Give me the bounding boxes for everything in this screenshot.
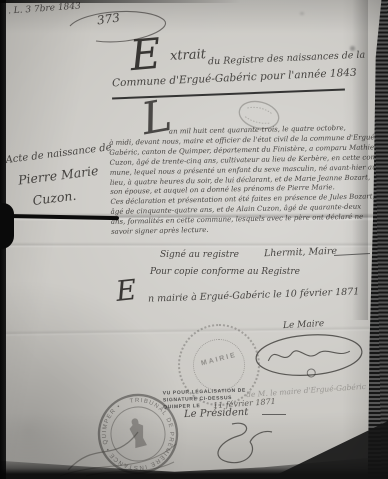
- mayor-signature: [250, 326, 369, 384]
- heading-initial: E: [128, 29, 163, 80]
- act-number-flourish: [62, 10, 182, 50]
- official-title-dash: [262, 414, 286, 415]
- photograph: . L. 3 7bre 1843 373 E xtrait du Registr…: [0, 0, 388, 479]
- body-paragraph: 'an mil huit cent quarante-trois, le qua…: [109, 123, 387, 238]
- mairie-line-initial: E: [114, 273, 138, 308]
- signed-line-label: Signé au registre: [160, 250, 239, 260]
- photo-edge-notch: [0, 203, 14, 249]
- ink-smudge: [300, 12, 304, 15]
- heading-word-extrait: xtrait: [170, 47, 207, 64]
- copy-conform-line: Pour copie conforme au Registre: [150, 267, 300, 277]
- paper-curl-shadow: [352, 0, 368, 320]
- photo-edge-top: [0, 0, 241, 3]
